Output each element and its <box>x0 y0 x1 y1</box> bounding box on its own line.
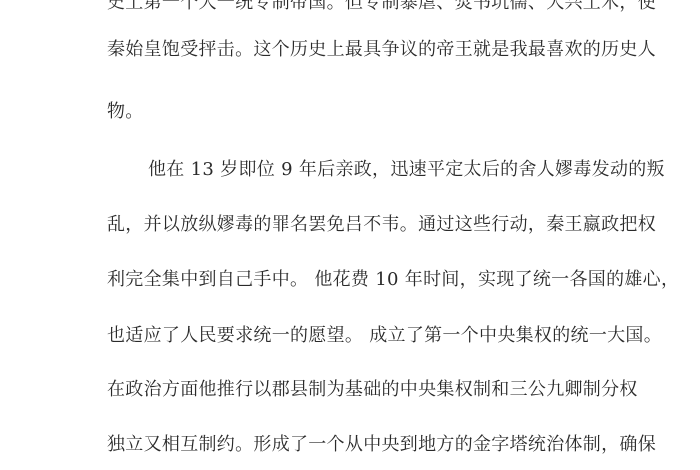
text-line: 独立又相互制约。形成了一个从中央到地方的金字塔统治体制，确保 <box>107 435 597 455</box>
text-line: 乱，并以放纵嫪毒的罪名罢免吕不韦。通过这些行动，秦王嬴政把权 <box>107 215 597 235</box>
text-line: 史上第一个大一统专制帝国。但专制暴虐、焚书坑儒、大兴土木，使 <box>107 0 597 13</box>
document-page: 史上第一个大一统专制帝国。但专制暴虐、焚书坑儒、大兴土木，使 秦始皇饱受抨击。这… <box>0 0 700 470</box>
text-line: 物。 <box>107 102 597 122</box>
text-line: 利完全集中到自己手中。 他花费 10 年时间，实现了统一各国的雄心， <box>107 270 597 290</box>
text-line: 也适应了人民要求统一的愿望。 成立了第一个中央集权的统一大国。 <box>107 326 597 346</box>
text-line: 他在 13 岁即位 9 年后亲政，迅速平定太后的舍人嫪毒发动的叛 <box>148 160 597 180</box>
text-line: 秦始皇饱受抨击。这个历史上最具争议的帝王就是我最喜欢的历史人 <box>107 40 597 60</box>
text-line: 在政治方面他推行以郡县制为基础的中央集权制和三公九卿制分权 <box>107 380 597 400</box>
